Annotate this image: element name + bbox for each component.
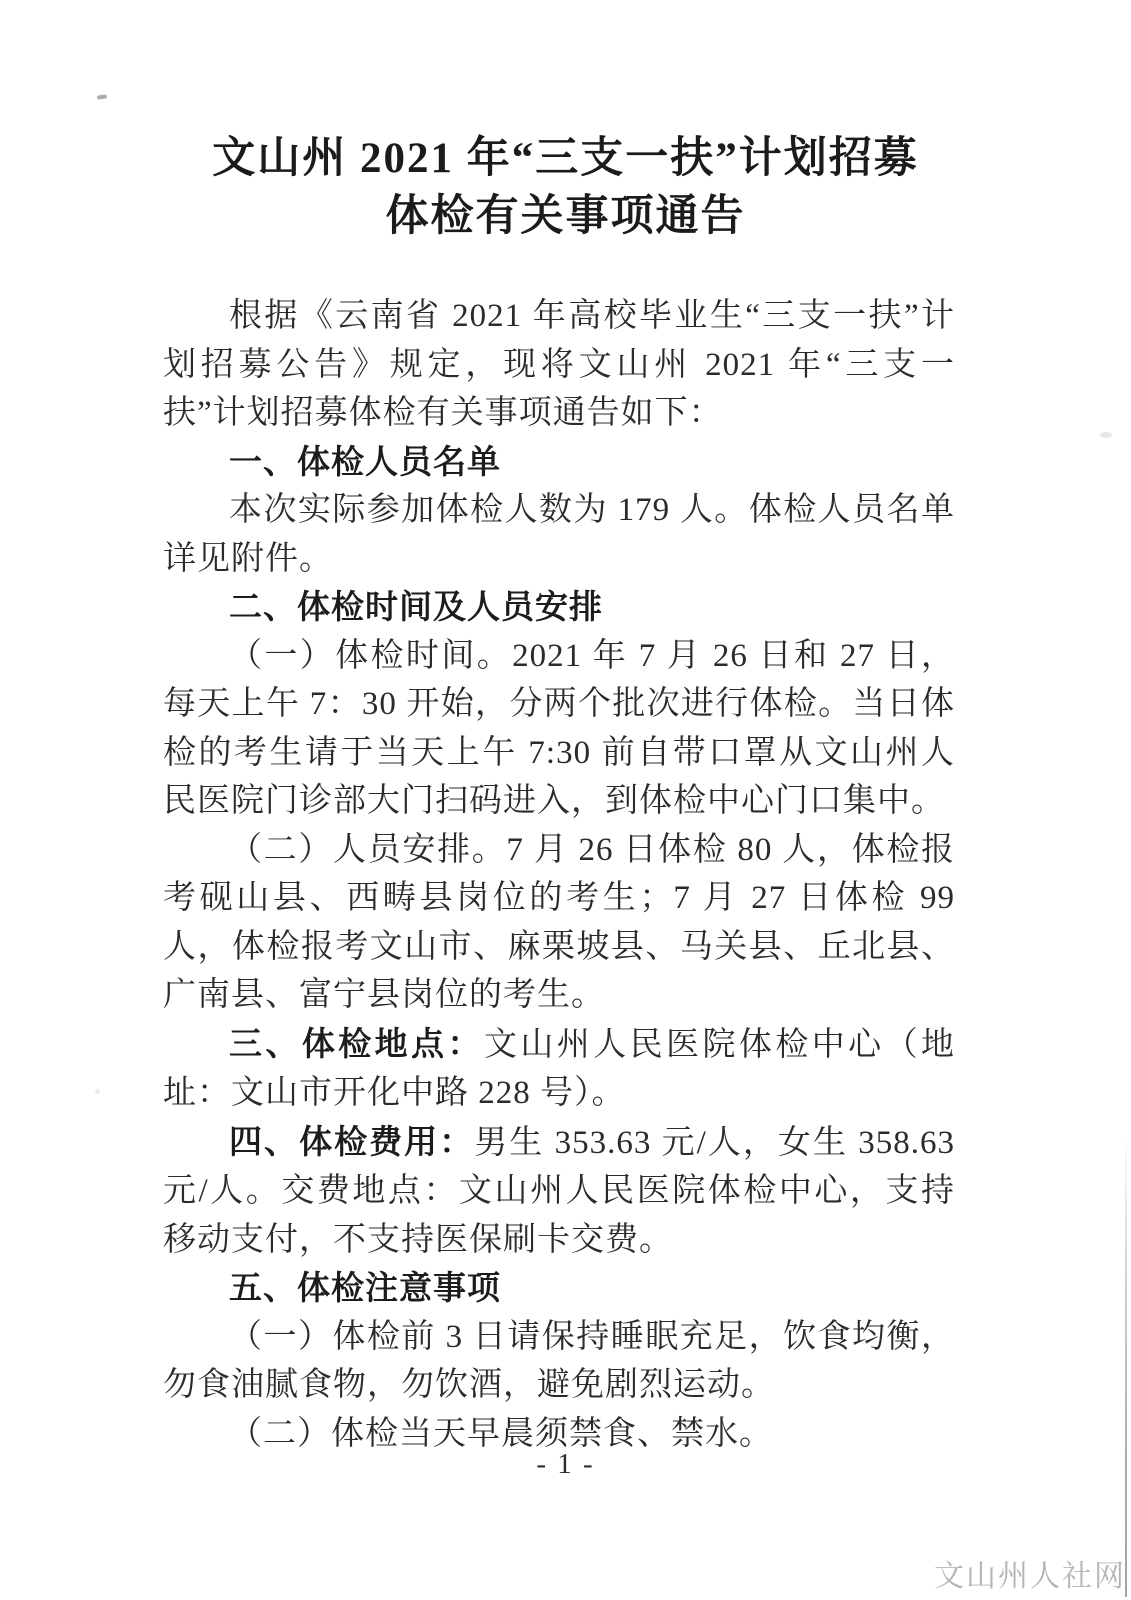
scan-speck — [97, 94, 107, 99]
paragraph: 三、体检地点：文山州人民医院体检中心（地址：文山市开化中路 228 号）。 — [163, 1020, 955, 1118]
paragraph: （一）体检前 3 日请保持睡眠充足，饮食均衡，勿食油腻食物，勿饮酒，避免剧烈运动… — [163, 1313, 955, 1410]
paragraph: 本次实际参加体检人数为 179 人。体检人员名单详见附件。 — [163, 486, 955, 583]
paragraph: 根据《云南省 2021 年高校毕业生“三支一扶”计划招募公告》规定，现将文山州 … — [163, 292, 955, 438]
paragraph: （二）人员安排。7 月 26 日体检 80 人，体检报考砚山县、西畴县岗位的考生… — [163, 826, 955, 1020]
paragraph: 四、体检费用：男生 353.63 元/人，女生 358.63 元/人。交费地点：… — [163, 1118, 955, 1265]
scan-speck — [95, 1089, 100, 1094]
watermark-site-name: 文山州人社网 — [934, 1551, 1126, 1595]
page-number: - 1 - — [0, 1448, 1131, 1481]
title-line-2: 体检有关事项通告 — [0, 188, 1131, 246]
section-heading: 一、体检人员名单 — [163, 438, 955, 487]
paragraph-lead: 三、体检地点： — [229, 1025, 484, 1062]
paragraph-lead: 四、体检费用： — [229, 1123, 474, 1160]
scan-artifact-line — [1125, 1135, 1127, 1597]
document-page: 文山州 2021 年“三支一扶”计划招募 体检有关事项通告 根据《云南省 202… — [0, 0, 1131, 1600]
document-body: 根据《云南省 2021 年高校毕业生“三支一扶”计划招募公告》规定，现将文山州 … — [163, 292, 955, 1458]
paragraph: （一）体检时间。2021 年 7 月 26 日和 27 日，每天上午 7：30 … — [163, 632, 955, 826]
document-title: 文山州 2021 年“三支一扶”计划招募 体检有关事项通告 — [0, 130, 1131, 246]
title-line-1: 文山州 2021 年“三支一扶”计划招募 — [0, 130, 1131, 188]
scan-speck — [1100, 432, 1112, 438]
section-heading: 五、体检注意事项 — [163, 1264, 955, 1313]
section-heading: 二、体检时间及人员安排 — [163, 583, 955, 632]
